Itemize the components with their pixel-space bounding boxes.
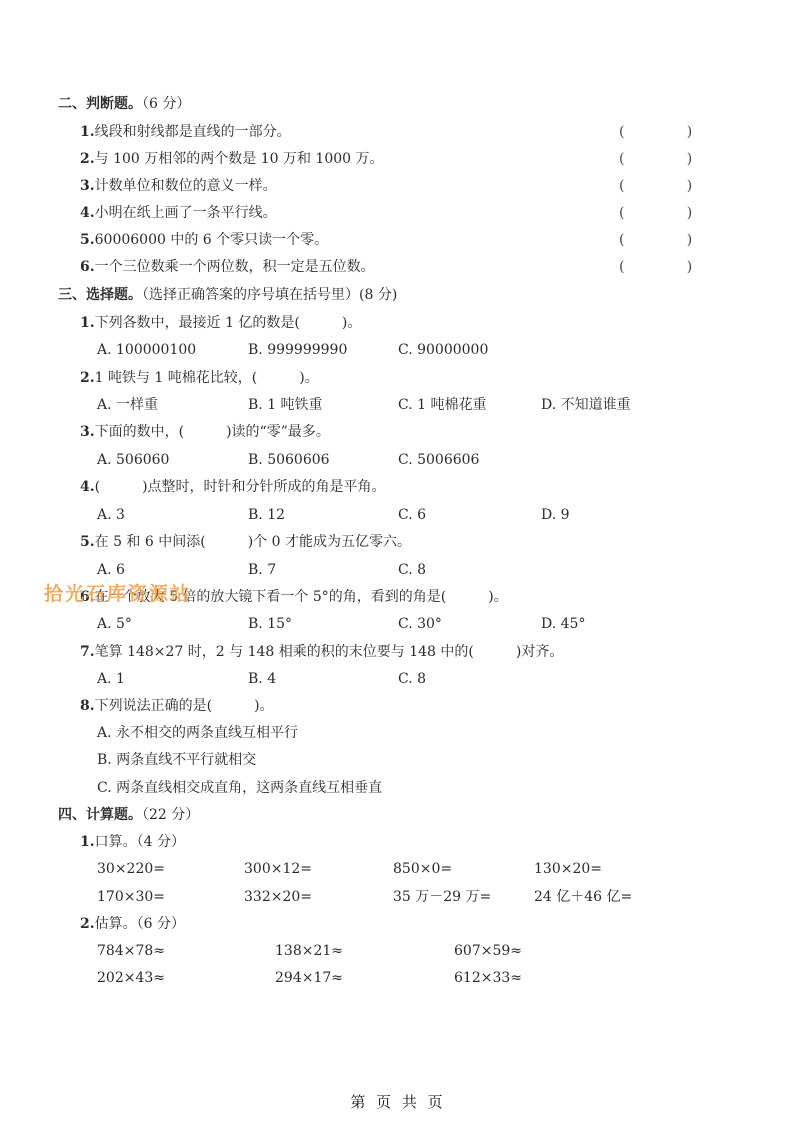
option-b: B. 12 xyxy=(248,506,285,524)
option-a: A. 永不相交的两条直线互相平行 xyxy=(97,724,298,742)
option-d: D. 9 xyxy=(541,506,570,524)
estimate-expr: 202×43≈ xyxy=(97,969,165,987)
option-c: C. 30° xyxy=(398,615,442,633)
option-b: B. 5060606 xyxy=(248,451,330,469)
option-c: C. 6 xyxy=(398,506,426,524)
option-c: C. 5006606 xyxy=(398,451,479,469)
option-b: B. 999999990 xyxy=(248,341,347,359)
mc-text: 笔算 148×27 时，2 与 148 相乘的积的末位要与 148 中的( xyxy=(95,644,474,660)
mc-question-3: 3.下面的数中，()读的“零”最多。 xyxy=(80,423,330,441)
tf-question-3: 3.计数单位和数位的意义一样。 xyxy=(80,177,277,195)
mc-question-7: 7.笔算 148×27 时，2 与 148 相乘的积的末位要与 148 中的()… xyxy=(80,643,563,661)
tf-text: 60006000 中的 6 个零只读一个零。 xyxy=(95,232,329,248)
oral-title: 口算。（4 分） xyxy=(95,834,185,850)
oral-calc-heading: 1.口算。（4 分） xyxy=(80,833,185,851)
tf-question-4: 4.小明在纸上画了一条平行线。 xyxy=(80,204,277,222)
oral-expr: 850×0= xyxy=(393,860,452,878)
tf-question-5: 5.60006000 中的 6 个零只读一个零。 xyxy=(80,231,328,249)
section3-title: 三、选择题。 xyxy=(58,287,142,303)
option-a: A. 1 xyxy=(97,670,125,688)
mc-num: 7. xyxy=(80,644,95,660)
estimate-expr: 612×33≈ xyxy=(454,969,522,987)
option-c: C. 1 吨棉花重 xyxy=(398,396,486,414)
mc-question-8: 8.下列说法正确的是()。 xyxy=(80,697,274,715)
mc-num: 2. xyxy=(80,370,95,386)
mc-text: ( xyxy=(95,479,100,495)
estimate-expr: 607×59≈ xyxy=(454,942,522,960)
oral-num: 1. xyxy=(80,834,95,850)
tf-answer-box-4[interactable]: ( ) xyxy=(619,204,692,222)
mc-text: 下列说法正确的是( xyxy=(95,698,212,714)
tf-text: 小明在纸上画了一条平行线。 xyxy=(95,205,277,221)
mc-text-end: )点整时，时针和分针所成的角是平角。 xyxy=(142,479,385,495)
option-b: B. 15° xyxy=(248,615,292,633)
option-d: D. 45° xyxy=(541,615,585,633)
tf-question-2: 2.与 100 万相邻的两个数是 10 万和 1000 万。 xyxy=(80,150,384,168)
tf-answer-box-5[interactable]: ( ) xyxy=(619,231,692,249)
tf-answer-box-1[interactable]: ( ) xyxy=(619,123,692,141)
estimate-expr: 294×17≈ xyxy=(275,969,343,987)
option-c: C. 8 xyxy=(398,670,426,688)
option-c: C. 90000000 xyxy=(398,341,488,359)
estimate-heading: 2.估算。（6 分） xyxy=(80,915,185,933)
oral-expr: 30×220= xyxy=(97,860,165,878)
mc-question-1: 1.下列各数中，最接近 1 亿的数是()。 xyxy=(80,314,361,332)
section4-title: 四、计算题。 xyxy=(58,807,142,823)
tf-num: 3. xyxy=(80,178,95,194)
option-b: B. 4 xyxy=(248,670,276,688)
estimate-expr: 784×78≈ xyxy=(97,942,165,960)
section3-heading: 三、选择题。（选择正确答案的序号填在括号里）(8 分) xyxy=(58,286,397,304)
oral-expr: 130×20= xyxy=(534,860,602,878)
option-a: A. 一样重 xyxy=(97,396,158,414)
option-d: D. 不知道谁重 xyxy=(541,396,631,414)
option-b: B. 1 吨铁重 xyxy=(248,396,323,414)
mc-num: 4. xyxy=(80,479,95,495)
mc-question-5: 5.在 5 和 6 中间添()个 0 才能成为五亿零六。 xyxy=(80,533,411,551)
option-a: A. 6 xyxy=(97,561,125,579)
estimate-title: 估算。（6 分） xyxy=(95,916,185,932)
option-b: B. 7 xyxy=(248,561,276,579)
mc-text: 1 吨铁与 1 吨棉花比较，( xyxy=(95,370,258,386)
estimate-num: 2. xyxy=(80,916,95,932)
option-a: A. 3 xyxy=(97,506,125,524)
tf-num: 5. xyxy=(80,232,95,248)
tf-num: 1. xyxy=(80,124,95,140)
section2-title: 二、判断题。 xyxy=(58,96,142,112)
oral-expr: 300×12= xyxy=(244,860,312,878)
oral-expr: 35 万－29 万= xyxy=(393,888,491,906)
tf-question-6: 6.一个三位数乘一个两位数，积一定是五位数。 xyxy=(80,258,375,276)
section2-heading: 二、判断题。（6 分） xyxy=(58,95,190,113)
option-a: A. 506060 xyxy=(97,451,169,469)
tf-num: 4. xyxy=(80,205,95,221)
option-b: B. 两条直线不平行就相交 xyxy=(97,751,256,769)
mc-text-end: )个 0 才能成为五亿零六。 xyxy=(248,534,411,550)
oral-expr: 170×30= xyxy=(97,888,165,906)
option-c: C. 8 xyxy=(398,561,426,579)
mc-text: 下面的数中，( xyxy=(95,424,184,440)
option-c: C. 两条直线相交成直角，这两条直线互相垂直 xyxy=(97,779,382,797)
oral-expr: 332×20= xyxy=(244,888,312,906)
mc-text-end: )读的“零”最多。 xyxy=(226,424,330,440)
mc-num: 5. xyxy=(80,534,95,550)
tf-text: 一个三位数乘一个两位数，积一定是五位数。 xyxy=(95,259,375,275)
tf-answer-box-2[interactable]: ( ) xyxy=(619,150,692,168)
tf-question-1: 1.线段和射线都是直线的一部分。 xyxy=(80,123,291,141)
mc-num: 3. xyxy=(80,424,95,440)
mc-text: 在 5 和 6 中间添( xyxy=(95,534,206,550)
watermark: 拾光石库资源站 xyxy=(44,583,191,605)
mc-text-end: )。 xyxy=(299,370,318,386)
mc-text-end: )。 xyxy=(488,589,507,605)
option-a: A. 100000100 xyxy=(97,341,196,359)
mc-num: 1. xyxy=(80,315,95,331)
tf-answer-box-6[interactable]: ( ) xyxy=(619,258,692,276)
mc-text-end: )。 xyxy=(342,315,361,331)
mc-question-4: 4.()点整时，时针和分针所成的角是平角。 xyxy=(80,478,386,496)
tf-text: 线段和射线都是直线的一部分。 xyxy=(95,124,291,140)
mc-text: 下列各数中，最接近 1 亿的数是( xyxy=(95,315,300,331)
section4-points: （22 分） xyxy=(142,807,199,823)
tf-num: 2. xyxy=(80,151,95,167)
tf-num: 6. xyxy=(80,259,95,275)
page-footer: 第 页 共 页 xyxy=(0,1091,793,1112)
oral-expr: 24 亿＋46 亿= xyxy=(534,888,632,906)
mc-question-2: 2.1 吨铁与 1 吨棉花比较，()。 xyxy=(80,369,319,387)
mc-text-end: )对齐。 xyxy=(516,644,563,660)
tf-answer-box-3[interactable]: ( ) xyxy=(619,177,692,195)
mc-num: 8. xyxy=(80,698,95,714)
estimate-expr: 138×21≈ xyxy=(275,942,343,960)
tf-text: 与 100 万相邻的两个数是 10 万和 1000 万。 xyxy=(95,151,384,167)
mc-text-end: )。 xyxy=(254,698,273,714)
tf-text: 计数单位和数位的意义一样。 xyxy=(95,178,277,194)
section4-heading: 四、计算题。（22 分） xyxy=(58,806,199,824)
section3-points: （选择正确答案的序号填在括号里）(8 分) xyxy=(142,287,397,303)
section2-points: （6 分） xyxy=(142,96,190,112)
option-a: A. 5° xyxy=(97,615,132,633)
